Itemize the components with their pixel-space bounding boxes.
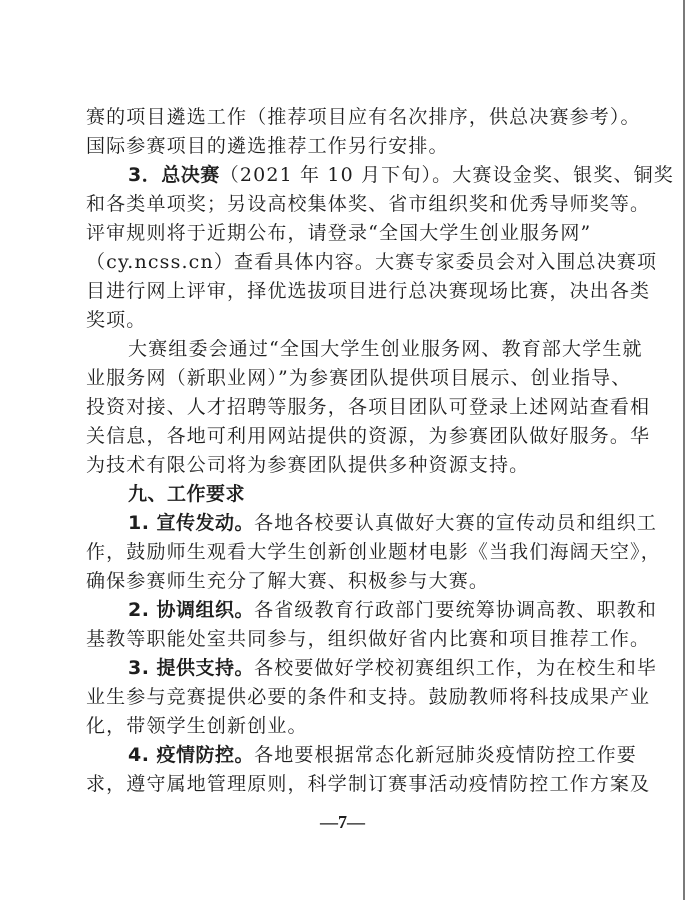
item-text: 各地要根据常态化新冠肺炎疫情防控工作要 (254, 744, 637, 766)
text-line: 求，遵守属地管理原则，科学制订赛事活动疫情防控工作方案及 (86, 770, 600, 799)
requirement-item-3: 3. 提供支持。各校要做好学校初赛组织工作，为在校生和毕 (86, 654, 600, 683)
requirement-item-1: 1. 宣传发动。各地各校要认真做好大赛的宣传动员和组织工 (86, 509, 600, 538)
item-text: 各省级教育行政部门要统筹协调高教、职教和 (254, 599, 657, 621)
item-lead: 3. 提供支持。 (128, 657, 254, 679)
item-lead: 4. 疫情防控。 (128, 744, 254, 766)
text-line: 为技术有限公司将为参赛团队提供多种资源支持。 (86, 451, 600, 480)
section-heading: 九、工作要求 (86, 480, 600, 509)
text-line: 赛的项目遴选工作（推荐项目应有名次排序，供总决赛参考）。 (86, 103, 600, 132)
text-line: 业生参与竞赛提供必要的条件和支持。鼓励教师将科技成果产业 (86, 683, 600, 712)
text-line: 国际参赛项目的遴选推荐工作另行安排。 (86, 132, 600, 161)
text-line: 化，带领学生创新创业。 (86, 712, 600, 741)
document-page: 赛的项目遴选工作（推荐项目应有名次排序，供总决赛参考）。 国际参赛项目的遴选推荐… (86, 103, 600, 799)
item-text: 各校要做好学校初赛组织工作，为在校生和毕 (254, 657, 657, 679)
text-line: 评审规则将于近期公布，请登录“全国大学生创业服务网” (86, 219, 600, 248)
text-line: 奖项。 (86, 306, 600, 335)
item-lead: 3．总决赛 (128, 164, 220, 186)
text-line: 作，鼓励师生观看大学生创新创业题材电影《当我们海阔天空》， (86, 538, 600, 567)
text-line: 投资对接、人才招聘等服务，各项目团队可登录上述网站查看相 (86, 393, 600, 422)
section-item-final: 3．总决赛（2021 年 10 月下旬）。大赛设金奖、银奖、铜奖 (86, 161, 600, 190)
text-line: 目进行网上评审，择优选拔项目进行总决赛现场比赛，决出各类 (86, 277, 600, 306)
item-lead: 2. 协调组织。 (128, 599, 254, 621)
item-lead: 1. 宣传发动。 (128, 512, 254, 534)
text-line: 确保参赛师生充分了解大赛、积极参与大赛。 (86, 567, 600, 596)
text-line: 和各类单项奖；另设高校集体奖、省市组织奖和优秀导师奖等。 (86, 190, 600, 219)
item-text: （2021 年 10 月下旬）。大赛设金奖、银奖、铜奖 (220, 164, 674, 186)
item-text: 各地各校要认真做好大赛的宣传动员和组织工 (254, 512, 657, 534)
text-line: 关信息，各地可利用网站提供的资源，为参赛团队做好服务。华 (86, 422, 600, 451)
text-line: 大赛组委会通过“全国大学生创业服务网、教育部大学生就 (86, 335, 600, 364)
requirement-item-4: 4. 疫情防控。各地要根据常态化新冠肺炎疫情防控工作要 (86, 741, 600, 770)
text-line: （cy.ncss.cn）查看具体内容。大赛专家委员会对入围总决赛项 (86, 248, 600, 277)
page-number: —7— (0, 812, 685, 833)
requirement-item-2: 2. 协调组织。各省级教育行政部门要统筹协调高教、职教和 (86, 596, 600, 625)
text-line: 业服务网（新职业网）”为参赛团队提供项目展示、创业指导、 (86, 364, 600, 393)
text-line: 基教等职能处室共同参与，组织做好省内比赛和项目推荐工作。 (86, 625, 600, 654)
